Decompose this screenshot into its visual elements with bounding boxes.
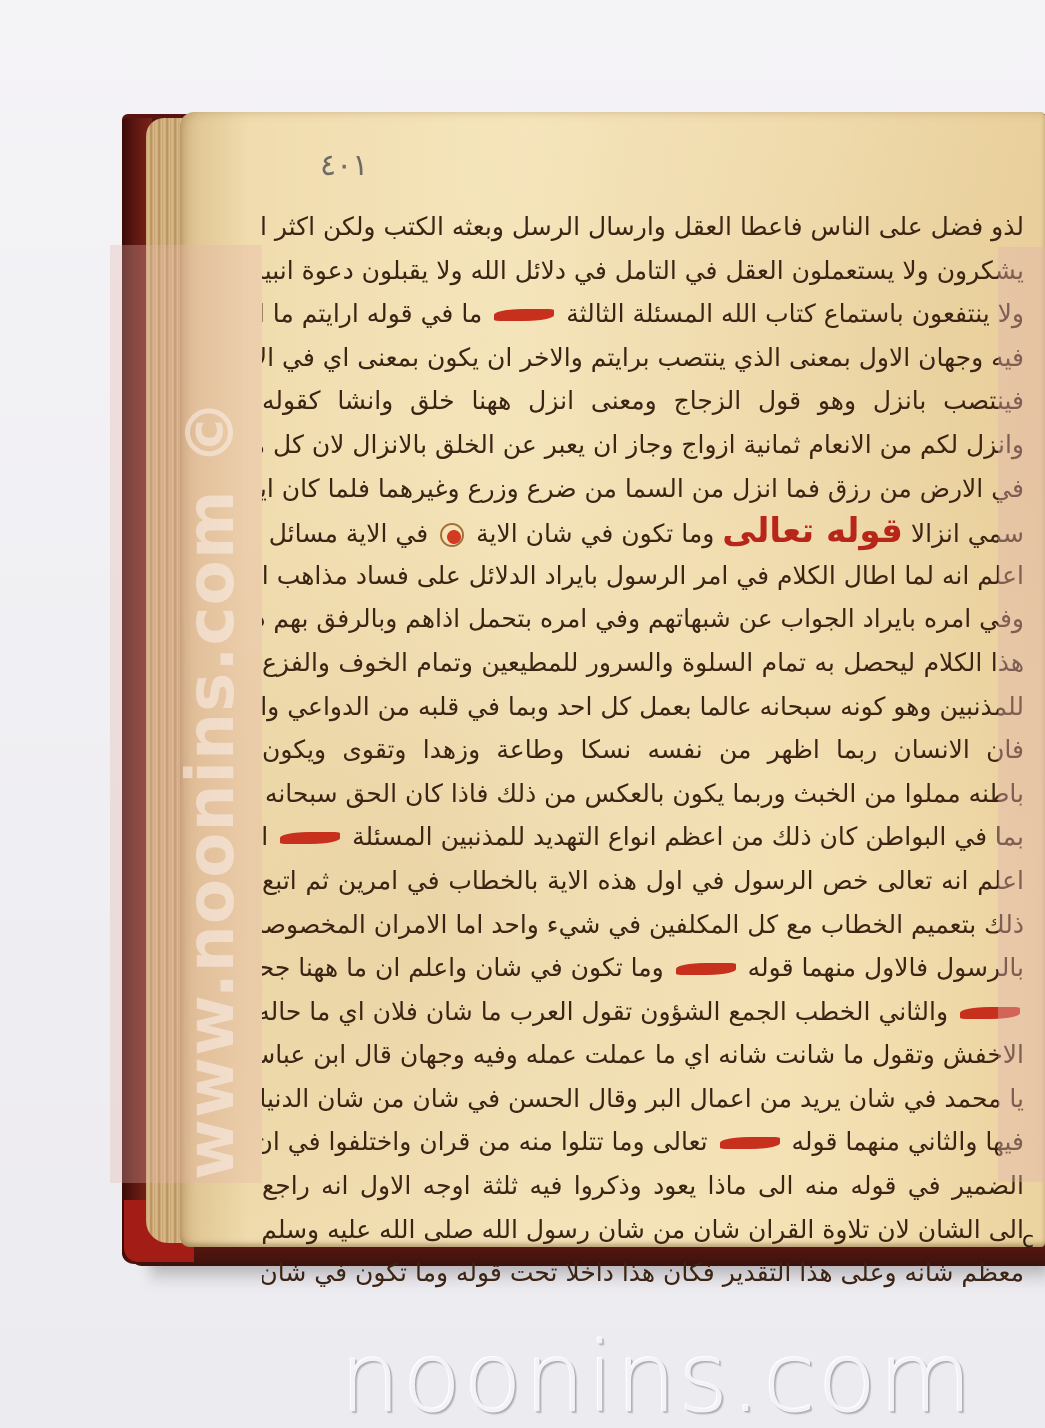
line-text: فيه وجهان الاول بمعنى الذي ينتصب برايتم …: [262, 343, 1024, 372]
manuscript-line: وفي امره بايراد الجواب عن شبهاتهم وفي ام…: [262, 597, 1024, 641]
line-text: يا محمد في شان يريد من اعمال البر وقال ا…: [262, 1084, 1024, 1113]
manuscript-line: اعلم انه لما اطال الكلام في امر الرسول ب…: [262, 554, 1024, 598]
manuscript-line: معظم شانه وعلى هذا التقدير فكان هذا داخل…: [262, 1251, 1024, 1295]
manuscript-line: الاخفش وتقول ما شانت شانه اي ما عملت عمل…: [262, 1033, 1024, 1077]
line-text: وما تكون في شان الاية: [476, 519, 714, 548]
line-text: الى الشان لان تلاوة القران شان من شان رس…: [262, 1215, 1024, 1244]
manuscript-line: في الارض من رزق فما انزل من السما من ضرع…: [262, 467, 1024, 511]
manuscript-line: يا محمد في شان يريد من اعمال البر وقال ا…: [262, 1077, 1024, 1121]
line-text: في الارض من رزق فما انزل من السما من ضرع…: [262, 474, 1024, 503]
manuscript-line: بما في البواطن كان ذلك من اعظم انواع الت…: [262, 815, 1024, 859]
line-text: وانزل لكم من الانعام ثمانية ازواج وجاز ا…: [262, 430, 1024, 459]
manuscript-line: فيها والثاني منهما قوله تعالى وما تتلوا …: [262, 1120, 1024, 1164]
manuscript-line: فيه وجهان الاول بمعنى الذي ينتصب برايتم …: [262, 336, 1024, 380]
line-text: فيها والثاني منهما قوله: [792, 1127, 1024, 1156]
folio-number: ٤٠١: [320, 148, 368, 183]
line-text: ولا ينتفعون باستماع كتاب الله المسئلة ال…: [566, 299, 1024, 328]
line-text: يشكرون ولا يستعملون العقل في التامل في د…: [262, 256, 1024, 285]
manuscript-line: ولا ينتفعون باستماع كتاب الله المسئلة ال…: [262, 292, 1024, 336]
line-text: للمذنبين وهو كونه سبحانه عالما بعمل كل ا…: [262, 692, 1024, 721]
manuscript-line: بالرسول فالاول منهما قوله وما تكون في شا…: [262, 946, 1024, 990]
watermark-left-text: www.noonins.com ©: [172, 398, 249, 1180]
manuscript-line: يشكرون ولا يستعملون العقل في التامل في د…: [262, 249, 1024, 293]
verse-roundel-icon: [440, 523, 464, 547]
red-overline-mark: [280, 832, 340, 844]
line-text: فان الانسان ربما اظهر من نفسه نسكا وطاعة…: [262, 735, 1024, 764]
line-text: الاخفش وتقول ما شانت شانه اي ما عملت عمل…: [262, 1040, 1024, 1069]
manuscript-line: فينتصب بانزل وهو قول الزجاج ومعنى انزل ه…: [262, 379, 1024, 423]
line-text: بالرسول فالاول منهما قوله: [748, 953, 1024, 982]
watermark-bottom: noonins.com: [340, 1322, 980, 1428]
line-text: فينتصب بانزل وهو قول الزجاج ومعنى انزل ه…: [262, 386, 1024, 415]
line-text: والثاني الخطب الجمع الشؤون تقول العرب ما…: [262, 997, 948, 1026]
manuscript-line: لذو فضل على الناس فاعطا العقل وارسال الر…: [262, 205, 1024, 249]
line-text: الثانية: [262, 822, 268, 851]
manuscript-line: باطنه مملوا من الخبث وربما يكون بالعكس م…: [262, 772, 1024, 816]
corner-mark: c: [1022, 1228, 1034, 1253]
manuscript-line: ذلك بتعميم الخطاب مع كل المكلفين في شيء …: [262, 903, 1024, 947]
line-text: لذو فضل على الناس فاعطا العقل وارسال الر…: [262, 212, 1024, 241]
manuscript-line: الضمير في قوله منه الى ماذا يعود وذكروا …: [262, 1164, 1024, 1208]
line-text: ما في قوله ارايتم ما انزل الله لكم: [262, 299, 482, 328]
red-overline-mark: [676, 963, 736, 975]
red-overline-mark: [494, 309, 554, 321]
red-overline-mark: [720, 1137, 780, 1149]
manuscript-line: والثاني الخطب الجمع الشؤون تقول العرب ما…: [262, 990, 1024, 1034]
watermark-right-box: [998, 247, 1045, 1182]
line-text: معظم شانه وعلى هذا التقدير فكان هذا داخل…: [262, 1258, 1024, 1287]
manuscript-line: للمذنبين وهو كونه سبحانه عالما بعمل كل ا…: [262, 685, 1024, 729]
manuscript-line: سمي انزالا قوله تعالى وما تكون في شان ال…: [262, 510, 1024, 554]
line-text: تعالى وما تتلوا منه من قران واختلفوا في …: [262, 1127, 708, 1156]
manuscript-line: الى الشان لان تلاوة القران شان من شان رس…: [262, 1208, 1024, 1252]
line-text: هذا الكلام ليحصل به تمام السلوة والسرور …: [262, 648, 1024, 677]
line-text: وما تكون في شان واعلم ان ما ههنا جحد: [262, 953, 664, 982]
manuscript-line: فان الانسان ربما اظهر من نفسه نسكا وطاعة…: [262, 728, 1024, 772]
rubric-heading: قوله تعالى: [722, 511, 903, 551]
manuscript-line: هذا الكلام ليحصل به تمام السلوة والسرور …: [262, 641, 1024, 685]
line-text: اعلم انه تعالى خص الرسول في اول هذه الاي…: [262, 866, 1024, 895]
manuscript-line: اعلم انه تعالى خص الرسول في اول هذه الاي…: [262, 859, 1024, 903]
line-text: باطنه مملوا من الخبث وربما يكون بالعكس م…: [262, 779, 1024, 808]
line-text: بما في البواطن كان ذلك من اعظم انواع الت…: [352, 822, 1024, 851]
line-text: الضمير في قوله منه الى ماذا يعود وذكروا …: [262, 1171, 1024, 1200]
manuscript-line: وانزل لكم من الانعام ثمانية ازواج وجاز ا…: [262, 423, 1024, 467]
line-text: ذلك بتعميم الخطاب مع كل المكلفين في شيء …: [262, 910, 1024, 939]
line-text: اعلم انه لما اطال الكلام في امر الرسول ب…: [262, 561, 1024, 590]
line-text: وفي امره بايراد الجواب عن شبهاتهم وفي ام…: [262, 604, 1024, 633]
line-text: في الاية مسائل الاولى: [262, 519, 428, 548]
manuscript-text-block: لذو فضل على الناس فاعطا العقل وارسال الر…: [262, 205, 1024, 1295]
